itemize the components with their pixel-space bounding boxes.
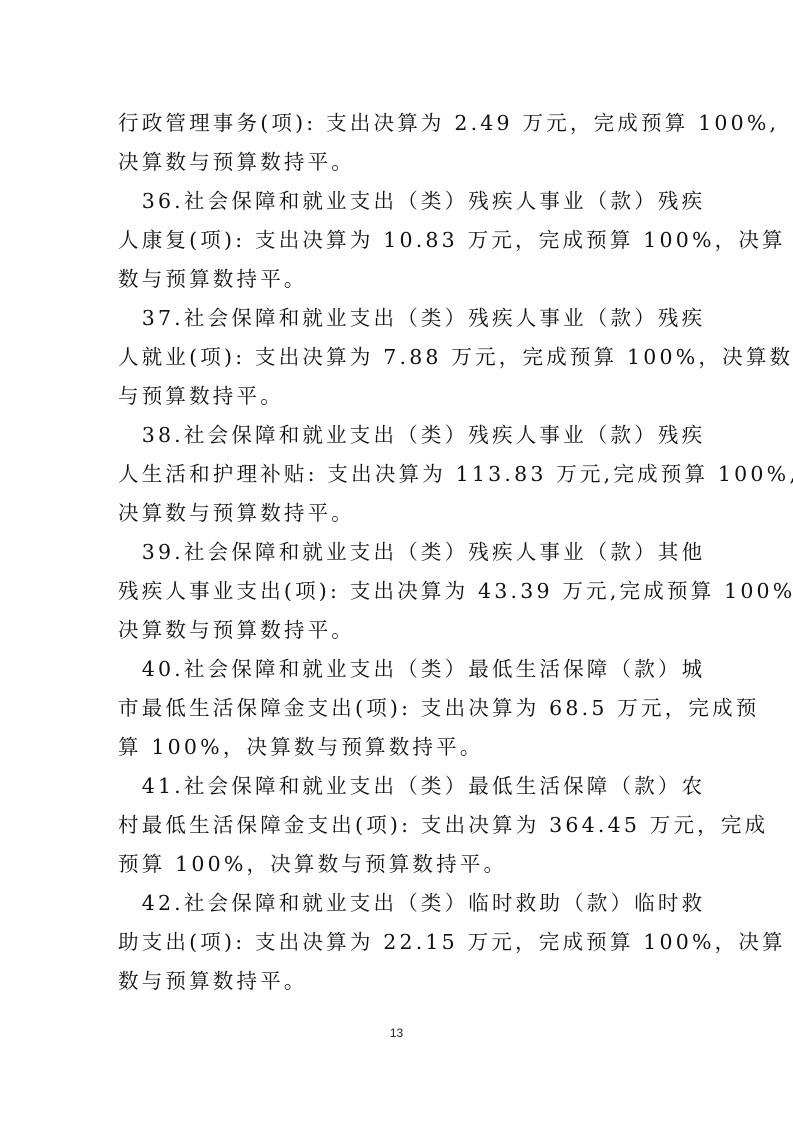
paragraph-item-40: 40.社会保障和就业支出（类）最低生活保障（款）城 市最低生活保障金支出(项):… bbox=[118, 650, 678, 767]
text-line: 助支出(项): 支出决算为 22.15 万元，完成预算 100%，决算 bbox=[118, 923, 678, 962]
paragraph-item-36: 36.社会保障和就业支出（类）残疾人事业（款）残疾 人康复(项): 支出决算为 … bbox=[118, 182, 678, 299]
paragraph-item-38: 38.社会保障和就业支出（类）残疾人事业（款）残疾 人生活和护理补贴: 支出决算… bbox=[118, 416, 678, 533]
text-line: 人就业(项): 支出决算为 7.88 万元，完成预算 100%，决算数 bbox=[118, 338, 678, 377]
document-page: 行政管理事务(项): 支出决算为 2.49 万元，完成预算 100%, 决算数与… bbox=[0, 0, 793, 1122]
text-line: 市最低生活保障金支出(项): 支出决算为 68.5 万元，完成预 bbox=[118, 689, 678, 728]
text-line: 39.社会保障和就业支出（类）残疾人事业（款）其他 bbox=[118, 533, 678, 572]
text-line: 村最低生活保障金支出(项): 支出决算为 364.45 万元，完成 bbox=[118, 806, 678, 845]
text-line: 算 100%，决算数与预算数持平。 bbox=[118, 728, 678, 767]
text-line: 数与预算数持平。 bbox=[118, 260, 678, 299]
text-line: 决算数与预算数持平。 bbox=[118, 494, 678, 533]
text-line: 36.社会保障和就业支出（类）残疾人事业（款）残疾 bbox=[118, 182, 678, 221]
body-text: 行政管理事务(项): 支出决算为 2.49 万元，完成预算 100%, 决算数与… bbox=[118, 104, 678, 1001]
text-line: 数与预算数持平。 bbox=[118, 962, 678, 1001]
text-line: 37.社会保障和就业支出（类）残疾人事业（款）残疾 bbox=[118, 299, 678, 338]
paragraph-item-37: 37.社会保障和就业支出（类）残疾人事业（款）残疾 人就业(项): 支出决算为 … bbox=[118, 299, 678, 416]
paragraph-item-41: 41.社会保障和就业支出（类）最低生活保障（款）农 村最低生活保障金支出(项):… bbox=[118, 767, 678, 884]
text-line: 人康复(项): 支出决算为 10.83 万元，完成预算 100%，决算 bbox=[118, 221, 678, 260]
text-line: 38.社会保障和就业支出（类）残疾人事业（款）残疾 bbox=[118, 416, 678, 455]
page-number: 13 bbox=[0, 1026, 793, 1040]
text-line: 决算数与预算数持平。 bbox=[118, 611, 678, 650]
text-line: 残疾人事业支出(项): 支出决算为 43.39 万元,完成预算 100%, bbox=[118, 572, 678, 611]
text-line: 人生活和护理补贴: 支出决算为 113.83 万元,完成预算 100%, bbox=[118, 455, 678, 494]
paragraph-item-39: 39.社会保障和就业支出（类）残疾人事业（款）其他 残疾人事业支出(项): 支出… bbox=[118, 533, 678, 650]
text-line: 41.社会保障和就业支出（类）最低生活保障（款）农 bbox=[118, 767, 678, 806]
text-line: 40.社会保障和就业支出（类）最低生活保障（款）城 bbox=[118, 650, 678, 689]
paragraph-continuation: 行政管理事务(项): 支出决算为 2.49 万元，完成预算 100%, 决算数与… bbox=[118, 104, 678, 182]
text-line: 决算数与预算数持平。 bbox=[118, 143, 678, 182]
text-line: 42.社会保障和就业支出（类）临时救助（款）临时救 bbox=[118, 884, 678, 923]
text-line: 与预算数持平。 bbox=[118, 377, 678, 416]
text-line: 行政管理事务(项): 支出决算为 2.49 万元，完成预算 100%, bbox=[118, 104, 678, 143]
paragraph-item-42: 42.社会保障和就业支出（类）临时救助（款）临时救 助支出(项): 支出决算为 … bbox=[118, 884, 678, 1001]
text-line: 预算 100%，决算数与预算数持平。 bbox=[118, 845, 678, 884]
